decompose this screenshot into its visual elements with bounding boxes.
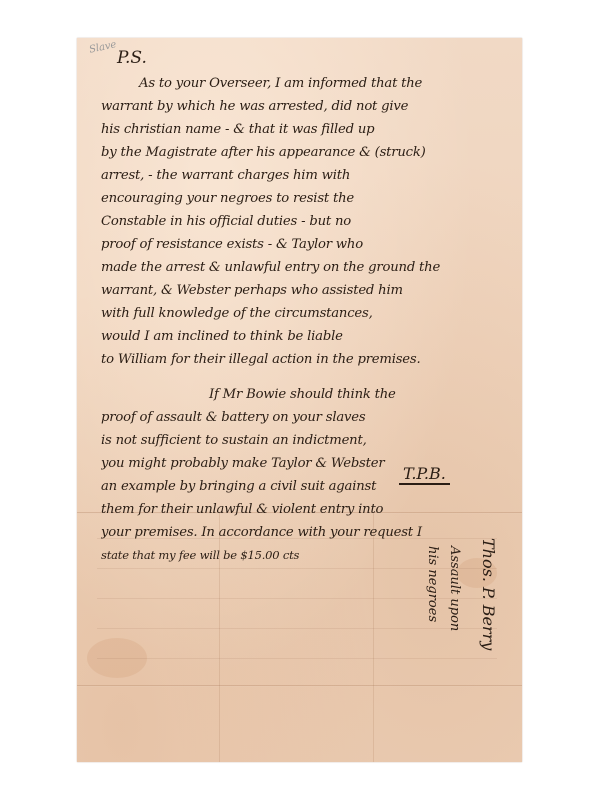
text-line: you might probably make Taylor & Webster: [101, 452, 513, 475]
text-line: made the arrest & unlawful entry on the …: [101, 256, 513, 279]
paragraph-gap: [101, 371, 513, 383]
pencil-annotation: Slave: [88, 39, 117, 55]
text-line: proof of resistance exists - & Taylor wh…: [101, 233, 513, 256]
text-line: encouraging your negroes to resist the: [101, 187, 513, 210]
text-line: Constable in his official duties - but n…: [101, 210, 513, 233]
text-line: would I am inclined to think be liable: [101, 325, 513, 348]
docket-endorsement: Thos. P. Berry Assault upon his negroes: [407, 538, 517, 698]
text-line: an example by bringing a civil suit agai…: [101, 475, 513, 498]
manuscript-page: Slave P.S. As to your Overseer, I am inf…: [77, 38, 522, 762]
text-line: warrant, & Webster perhaps who assisted …: [101, 279, 513, 302]
text-line: by the Magistrate after his appearance &…: [101, 141, 513, 164]
text-line: As to your Overseer, I am informed that …: [101, 72, 513, 95]
postscript-heading: P.S.: [117, 48, 147, 68]
text-line: them for their unlawful & violent entry …: [101, 498, 513, 521]
letter-body: As to your Overseer, I am informed that …: [101, 72, 513, 567]
text-line: his christian name - & that it was fille…: [101, 118, 513, 141]
text-line: If Mr Bowie should think the: [101, 383, 513, 406]
text-line: proof of assault & battery on your slave…: [101, 406, 513, 429]
text-line: warrant by which he was arrested, did no…: [101, 95, 513, 118]
signature-initials: T.P.B.: [399, 464, 450, 485]
docket-name: Thos. P. Berry: [479, 538, 498, 650]
docket-subject-line-1: Assault upon: [447, 546, 462, 631]
text-line: arrest, - the warrant charges him with: [101, 164, 513, 187]
text-line: to William for their illegal action in t…: [101, 348, 513, 371]
docket-subject-line-2: his negroes: [425, 546, 440, 622]
text-line: is not sufficient to sustain an indictme…: [101, 429, 513, 452]
text-line: with full knowledge of the circumstances…: [101, 302, 513, 325]
